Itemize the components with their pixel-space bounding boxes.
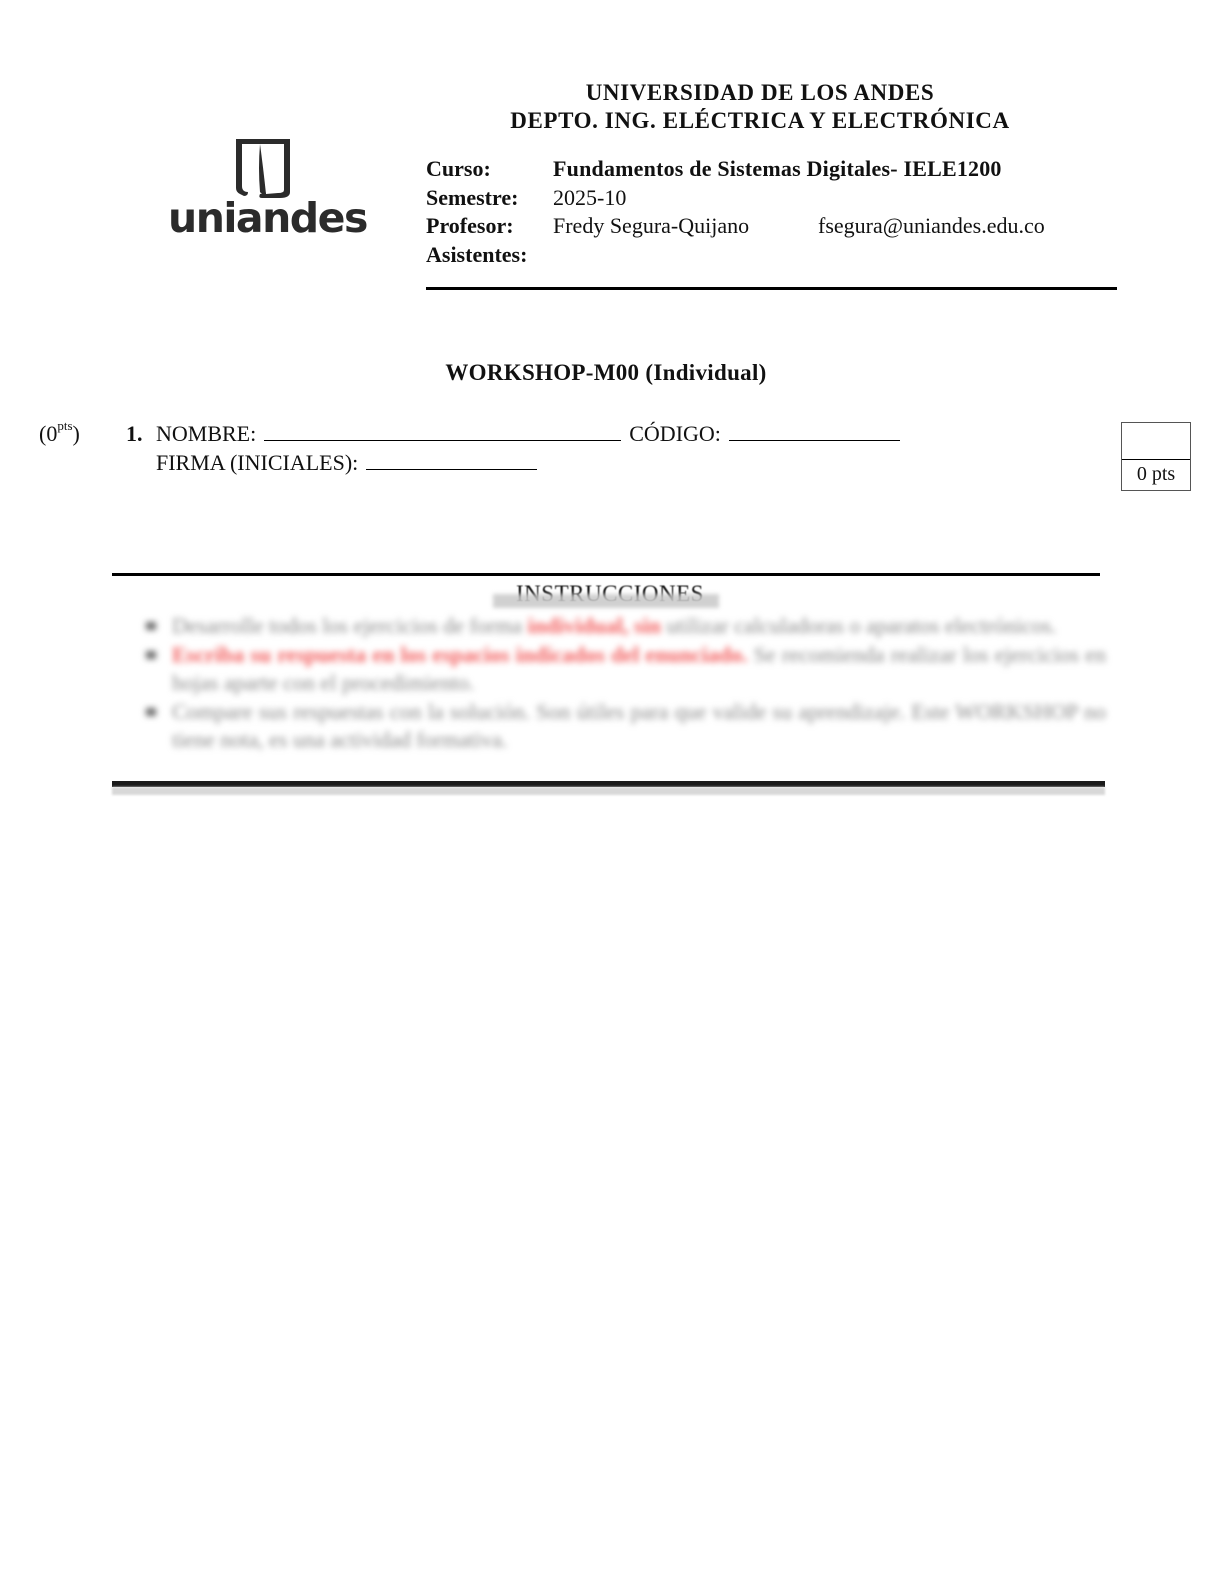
- shield-icon: [168, 136, 358, 202]
- university-name: UNIVERSIDAD DE LOS ANDES: [420, 79, 1100, 107]
- name-label: NOMBRE:: [156, 421, 256, 446]
- uniandes-logo: uniandes: [168, 136, 358, 244]
- instructions-top-rule: [112, 573, 1100, 576]
- course-value: Fundamentos de Sistemas Digitales- IELE1…: [553, 155, 1002, 184]
- code-label: CÓDIGO:: [629, 421, 721, 446]
- points-unit: pts: [57, 418, 72, 433]
- instructions-list: Desarrolle todos los ejercicios de forma…: [146, 612, 1106, 755]
- instruction-highlight: Escriba su respuesta en los espacios ind…: [172, 642, 748, 667]
- points-close: ): [73, 421, 80, 446]
- instruction-text: Desarrolle todos los ejercicios de forma: [172, 613, 528, 638]
- bullet-icon: [146, 708, 156, 716]
- points-value: (0: [39, 421, 57, 446]
- workshop-title: WORKSHOP-M00 (Individual): [0, 360, 1212, 386]
- signature-label: FIRMA (INICIALES):: [156, 450, 358, 475]
- score-box: 0 pts: [1121, 422, 1191, 491]
- signature-field[interactable]: [366, 451, 537, 470]
- instruction-text: utilizar calculadoras o aparatos electró…: [661, 613, 1057, 638]
- instructions-shadow: [112, 787, 1105, 795]
- professor-email[interactable]: fsegura@uniandes.edu.co: [818, 212, 1045, 241]
- logo-wordmark: uniandes: [168, 198, 358, 239]
- professor-label: Profesor:: [426, 212, 514, 241]
- course-label: Curso:: [426, 155, 491, 184]
- instruction-item: Compare sus respuestas con la solución. …: [146, 698, 1106, 755]
- bullet-icon: [146, 622, 156, 630]
- instruction-text: Compare sus respuestas con la solución. …: [172, 699, 1106, 753]
- assistants-label: Asistentes:: [426, 241, 527, 270]
- name-code-line: NOMBRE:CÓDIGO:: [156, 421, 900, 447]
- redaction-overlay: [493, 594, 719, 608]
- instruction-highlight: individual, sin: [528, 613, 661, 638]
- professor-name: Fredy Segura-Quijano: [553, 212, 749, 241]
- department-name: DEPTO. ING. ELÉCTRICA Y ELECTRÓNICA: [420, 107, 1100, 135]
- semester-value: 2025-10: [553, 184, 626, 213]
- code-field[interactable]: [729, 422, 900, 441]
- score-entry-cell[interactable]: [1122, 423, 1190, 460]
- name-field[interactable]: [264, 422, 621, 441]
- bullet-icon: [146, 651, 156, 659]
- score-max: 0 pts: [1122, 460, 1190, 489]
- instruction-item: Escriba su respuesta en los espacios ind…: [146, 641, 1106, 698]
- question-points: (0pts): [39, 421, 80, 447]
- signature-line: FIRMA (INICIALES):: [156, 450, 537, 476]
- instruction-item: Desarrolle todos los ejercicios de forma…: [146, 612, 1106, 641]
- semester-label: Semestre:: [426, 184, 518, 213]
- question-number: 1.: [126, 421, 143, 447]
- header-divider: [426, 287, 1117, 290]
